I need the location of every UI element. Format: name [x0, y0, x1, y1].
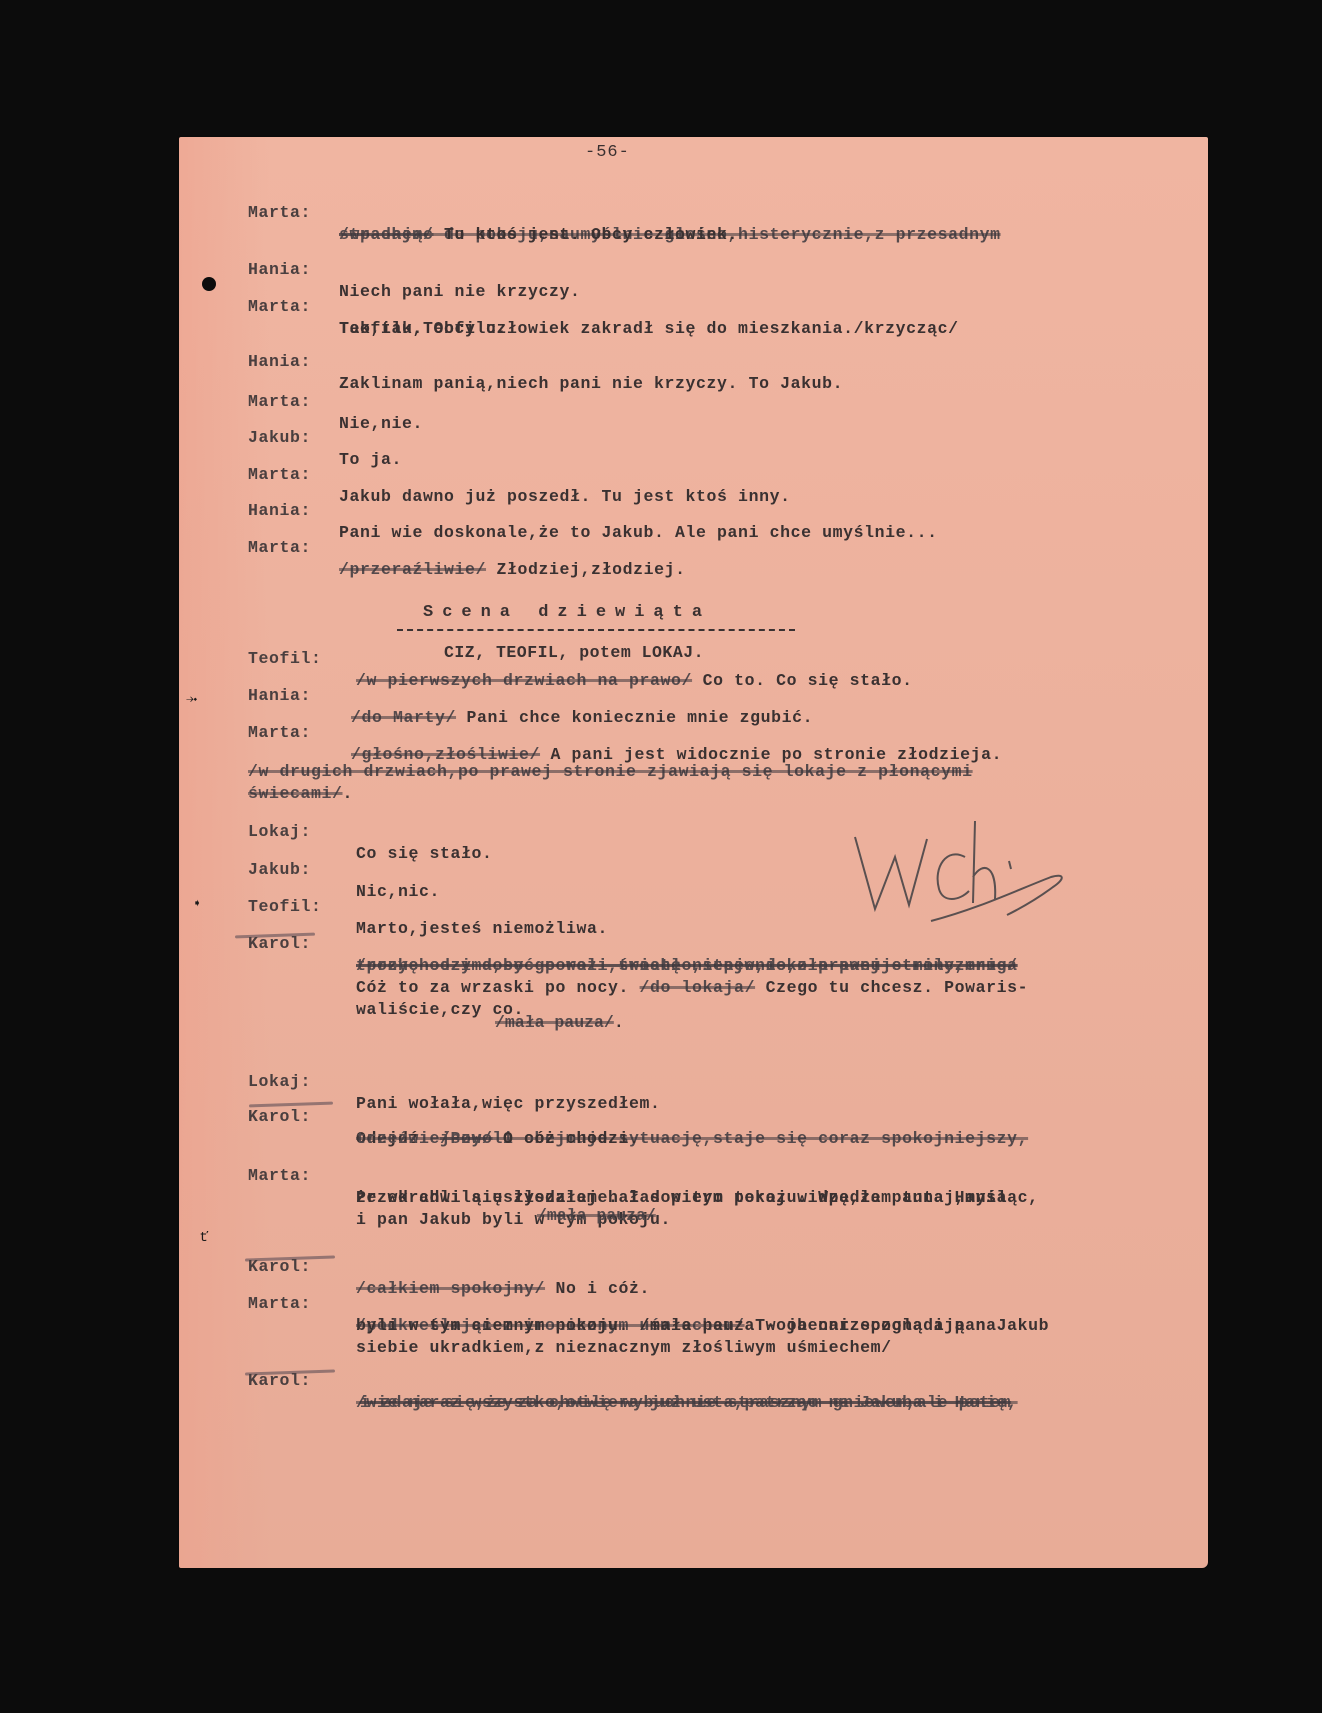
stage-direction: i zdaje się,że za chwilę wybuchnie stras… — [360, 1393, 1011, 1412]
stage-direction-line: /mała pauza/. — [495, 1013, 624, 1032]
ink-mark: ⤞ — [186, 692, 197, 708]
stage-direction-line: /mała pauza/ — [537, 1206, 656, 1225]
page-number: -56- — [585, 143, 630, 162]
dialogue-line: Marta: /przeraźliwie/ Złodziej,złodziej. — [248, 515, 1198, 603]
ink-mark: ť — [200, 1230, 208, 1246]
line-text: i zdaje się,że za chwilę wybuchnie stras… — [360, 1392, 1011, 1414]
scene-title: Scena dziewiąta — [423, 603, 711, 622]
line-text: /przeraźliwie/ Złodziej,złodziej. — [339, 559, 686, 581]
stage-direction: /przeraźliwie/ — [339, 560, 486, 579]
ink-mark: ➧ — [193, 896, 201, 913]
speaker-label: Marta: — [248, 537, 311, 559]
dialogue-line: i zdaje się,że za chwilę wybuchnie stras… — [248, 1370, 1198, 1436]
spoken-text: Złodziej,złodziej. — [497, 560, 686, 579]
punch-hole-mark — [202, 277, 216, 291]
stage-direction: /mała pauza/ — [495, 1013, 614, 1032]
manuscript-page: -56- ⤞ ➧ ť Marta: /wpadając do pokoju,na… — [179, 137, 1208, 1568]
dialogue-line: waliście,czy co. — [248, 977, 1198, 1043]
punctuation: . — [614, 1013, 624, 1032]
stage-direction: /mała pauza/ — [537, 1206, 656, 1225]
